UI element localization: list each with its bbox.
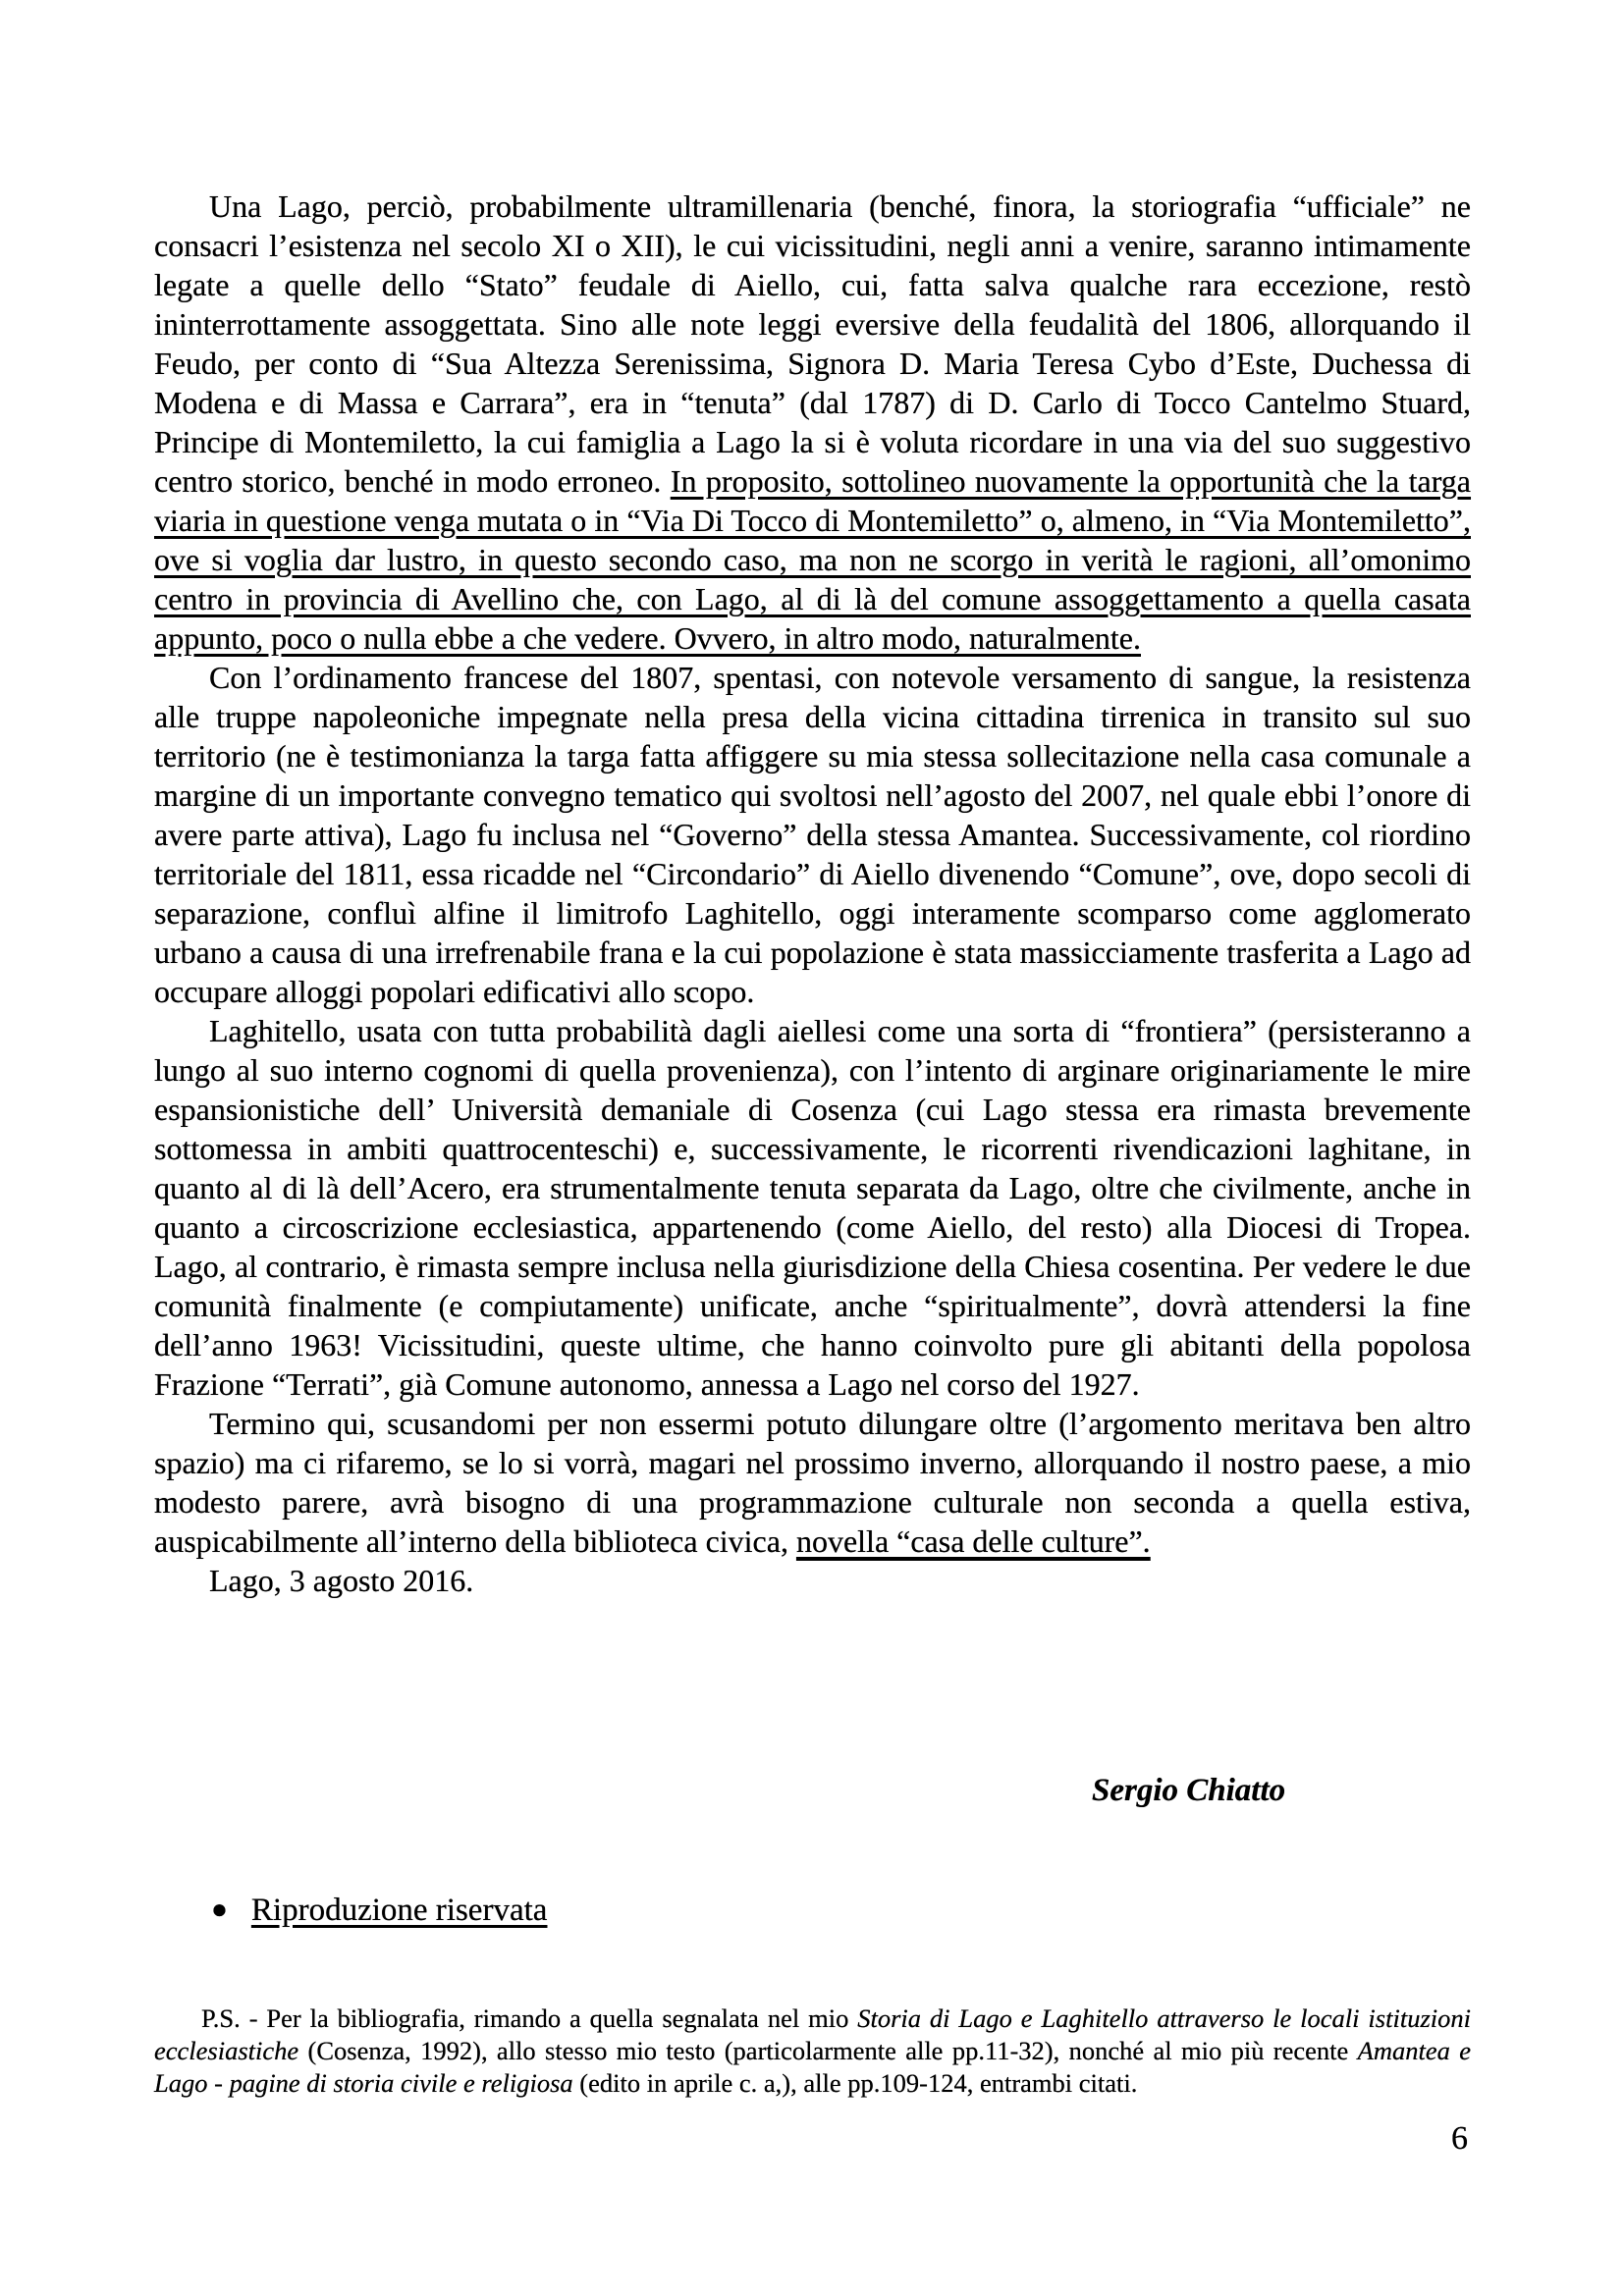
document-page: Una Lago, perciò, probabilmente ultramil… — [0, 0, 1624, 2296]
dateline: Lago, 3 agosto 2016. — [154, 1561, 1471, 1600]
reproduction-notice: ●Riproduzione riservata — [211, 1893, 547, 1929]
paragraph-2: Con l’ordinamento francese del 1807, spe… — [154, 658, 1471, 1011]
postscript-text-3: (edito in aprile c. a,), alle pp.109-124… — [573, 2068, 1138, 2098]
postscript: P.S. - Per la bibliografia, rimando a qu… — [154, 2002, 1471, 2100]
paragraph-4-underlined-text: novella “casa delle culture”. — [796, 1523, 1151, 1559]
postscript-text-1: P.S. - Per la bibliografia, rimando a qu… — [201, 2003, 857, 2033]
paragraph-1: Una Lago, perciò, probabilmente ultramil… — [154, 187, 1471, 658]
paragraph-4: Termino qui, scusandomi per non essermi … — [154, 1404, 1471, 1561]
bullet-icon: ● — [211, 1895, 228, 1926]
main-text-block: Una Lago, perciò, probabilmente ultramil… — [154, 187, 1471, 1600]
postscript-text-2: (Cosenza, 1992), allo stesso mio testo (… — [298, 2036, 1358, 2065]
signature: Sergio Chiatto — [1092, 1773, 1285, 1809]
paragraph-1-text: Una Lago, perciò, probabilmente ultramil… — [154, 188, 1471, 499]
paragraph-3: Laghitello, usata con tutta probabilità … — [154, 1011, 1471, 1404]
reproduction-notice-label: Riproduzione riservata — [251, 1893, 547, 1928]
page-number: 6 — [1451, 2120, 1468, 2158]
